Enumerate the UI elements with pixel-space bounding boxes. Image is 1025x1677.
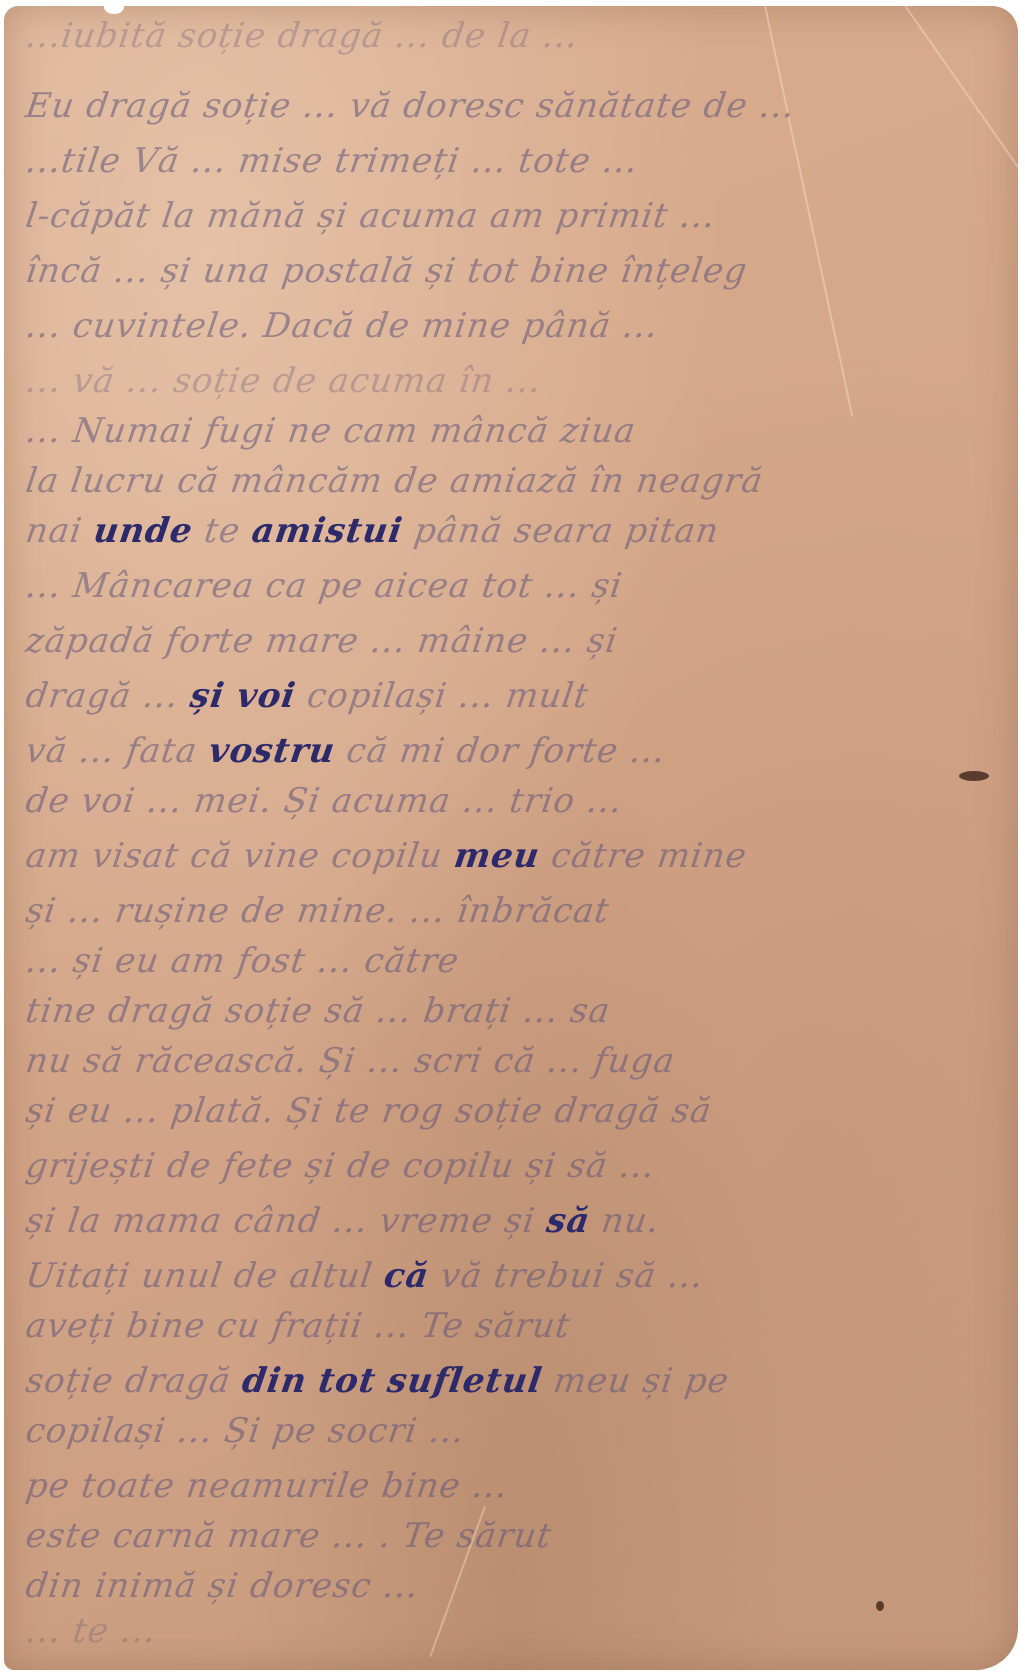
letter-line: ... vă ... soție de acuma în ...	[23, 361, 544, 401]
letter-line: ... Numai fugi ne cam mâncă ziua	[23, 411, 638, 451]
ink-overwrite: unde	[91, 511, 195, 551]
ink-overwrite: din	[240, 1361, 310, 1401]
letter-line: și ... rușine de mine. ... înbrăcat	[23, 891, 612, 931]
letter-line: ... și eu am fost ... către	[23, 941, 462, 981]
letter-line: tine dragă soție să ... brați ... sa	[23, 991, 613, 1031]
ink-overwrite: vostru	[206, 731, 338, 771]
ink-overwrite: și voi	[188, 676, 299, 716]
letter-line: de voi ... mei. Și acuma ... trio ...	[23, 781, 625, 821]
letter-line: vă ... fata vostru că mi dor forte ...	[23, 731, 668, 771]
letter-line: aveți bine cu frații ... Te sărut	[23, 1306, 573, 1346]
letter-line: ...tile Vă ... mise trimeți ... tote ...	[23, 141, 641, 181]
paper-crease	[764, 6, 853, 417]
letter-line: Eu dragă soție ... vă doresc sănătate de…	[23, 86, 798, 126]
letter-line: pe toate neamurile bine ...	[23, 1466, 511, 1506]
letter-line: încă ... și una postală și tot bine înțe…	[23, 251, 750, 291]
letter-line: dragă ... și voi copilași ... mult	[23, 676, 591, 716]
letter-line: nai unde te amistui până seara pitan	[23, 511, 722, 551]
letter-line: nu să răcească. Și ... scri că ... fuga	[23, 1041, 678, 1081]
letter-line: ... cuvintele. Dacă de mine până ...	[23, 306, 661, 346]
letter-line: zăpadă forte mare ... mâine ... și	[23, 621, 620, 661]
letter-line: și eu ... plată. Și te rog soție dragă s…	[23, 1091, 714, 1131]
letter-line: la lucru că mâncăm de amiază în neagră	[23, 461, 766, 501]
letter-line: ... Mâncarea ca pe aicea tot ... și	[23, 566, 625, 606]
letter-line: am visat că vine copilu meu către mine	[23, 836, 749, 876]
ink-overwrite: că	[381, 1256, 431, 1296]
letter-line: soție dragă din tot sufletul meu și pe	[23, 1361, 732, 1401]
letter-line: ... te ...	[23, 1611, 159, 1651]
ink-overwrite: meu	[452, 836, 543, 876]
letter-line: Uitați unul de altul că vă trebui să ...	[23, 1256, 706, 1296]
letter-line: grijești de fete și de copilu și să ...	[23, 1146, 658, 1186]
ink-overwrite: sufletul	[385, 1361, 545, 1401]
ink-overwrite: tot	[316, 1361, 379, 1401]
letter-line: din inimă și doresc ...	[23, 1566, 421, 1606]
letter-line: copilași ... Și pe socri ...	[23, 1411, 467, 1451]
letter-line: ...iubită soție dragă ... de la ...	[23, 16, 581, 56]
letter-line: este carnă mare ... . Te sărut	[23, 1516, 554, 1556]
aged-paper-card: ...iubită soție dragă ... de la ... Eu d…	[4, 6, 1018, 1670]
letter-line: și la mama când ... vreme și să nu.	[23, 1201, 662, 1241]
ink-overwrite: să	[544, 1201, 593, 1241]
letter-line: l-căpăt la mănă și acuma am primit ...	[23, 196, 718, 236]
ink-overwrite: amistui	[249, 511, 405, 551]
ink-stain	[876, 1601, 884, 1611]
page: ...iubită soție dragă ... de la ... Eu d…	[0, 0, 1025, 1677]
paper-crease	[904, 6, 1018, 252]
ink-stain	[959, 771, 989, 781]
